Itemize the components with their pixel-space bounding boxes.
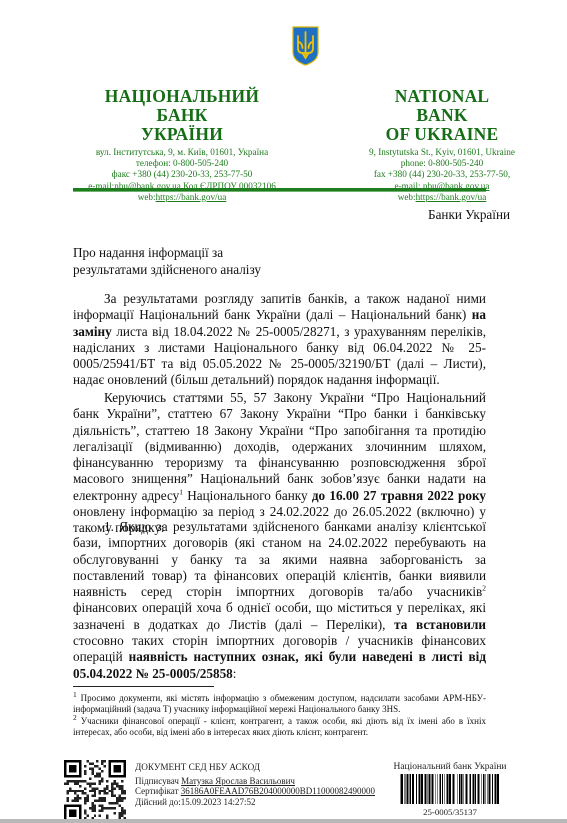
web-label: web: [138,192,156,202]
barcode-icon [400,774,500,804]
footnotes: 1 Просимо документи, які містять інформа… [73,693,486,739]
signer-label: Підписувач [135,776,181,786]
registration-org: Національний банк України [384,762,516,772]
registration-stamp: Національний банк України 25-0005/35137 … [384,762,516,823]
header-divider [73,188,486,192]
certificate-id: 36186A0FEAAD76B204000000BD11000082490000 [181,786,375,796]
footnote-1: 1 Просимо документи, які містять інформа… [73,693,486,716]
bank-name-ua-line2: УКРАЇНИ [78,125,286,144]
phone-en: phone: 0-800-505-240 [368,158,516,169]
paragraph-2: Керуючись статтями 55, 57 Закону України… [73,390,486,537]
p1-text-b: листа від 18.04.2022 № 25-0005/28271, з … [73,324,486,388]
footnote-ref-2[interactable]: 2 [482,584,486,593]
bank-name-en-line1: NATIONAL BANK [368,87,516,125]
p3-bold-2: наявність наступних ознак, які були наве… [73,649,486,680]
addressee: Банки України [428,207,510,223]
certificate-line: Сертифікат 36186A0FEAAD76B204000000BD110… [135,786,375,797]
bank-name-en-line2: OF UKRAINE [368,125,516,144]
valid-label: Дійсний до: [135,797,181,807]
subject-line1: Про надання інформації за [73,244,261,261]
registration-number: 25-0005/35137 [384,807,516,817]
qr-code-icon [64,760,126,822]
valid-until-line: Дійсний до:15.09.2023 14:27:52 [135,797,375,808]
subject-line2: результатами здійсненого аналізу [73,261,261,278]
trident-coat-of-arms-icon [292,26,319,66]
page-bottom-edge [0,819,567,823]
signer-name: Матузка Ярослав Васильович [181,776,295,786]
p3-bold-1: та встановили [394,617,486,632]
p1-text-a: За результатами розгляду запитів банків,… [73,291,486,322]
footnote-text: Просимо документи, які містять інформаці… [73,693,486,714]
p3-text-a: 1. Якщо за результатами здійсненого банк… [73,519,486,599]
footnote-divider [73,686,214,687]
fax-en: fax +380 (44) 230-20-33, 253-77-50, [368,169,516,180]
web-line-en: web:https://bank.gov/ua [368,192,516,203]
header-english: NATIONAL BANK OF UKRAINE 9, Instytutska … [368,87,516,203]
footnote-text: Учасники фінансової операції - клієнт, к… [73,716,486,737]
address-ua: вул. Інститутська, 9, м. Київ, 01601, Ук… [78,147,286,158]
web-line-ua: web:https://bank.gov/ua [78,192,286,203]
footnote-2: 2 Учасники фінансової операції - клієнт,… [73,716,486,739]
web-link-ua[interactable]: https://bank.gov/ua [156,192,227,202]
fax-ua: факс +380 (44) 230-20-33, 253-77-50 [78,169,286,180]
p2-bold-deadline: до 16.00 27 травня 2022 року [312,488,486,503]
letter-subject: Про надання інформації за результатами з… [73,244,261,278]
certificate-label: Сертифікат [135,786,181,796]
p3-text-d: : [233,666,237,681]
document-page: НАЦІОНАЛЬНИЙ БАНК УКРАЇНИ вул. Інститутс… [0,0,567,823]
header-ukrainian: НАЦІОНАЛЬНИЙ БАНК УКРАЇНИ вул. Інститутс… [78,87,286,203]
address-en: 9, Instytutska St., Kyiv, 01601, Ukraine [368,147,516,158]
bank-name-ua-line1: НАЦІОНАЛЬНИЙ БАНК [78,87,286,125]
valid-until: 15.09.2023 14:27:52 [181,797,256,807]
web-link-en[interactable]: https://bank.gov/ua [416,192,487,202]
paragraph-1: За результатами розгляду запитів банків,… [73,291,486,389]
signature-block: ДОКУМЕНТ СЕД НБУ АСКОД Підписувач Матузк… [135,762,375,807]
paragraph-3: 1. Якщо за результатами здійсненого банк… [73,519,486,682]
phone-ua: телефон: 0-800-505-240 [78,158,286,169]
signer-line: Підписувач Матузка Ярослав Васильович [135,776,375,787]
web-label: web: [398,192,416,202]
p2-text-a: Керуючись статтями 55, 57 Закону України… [73,390,486,503]
signature-title: ДОКУМЕНТ СЕД НБУ АСКОД [135,762,375,773]
p2-text-b: Національного банку [183,488,312,503]
